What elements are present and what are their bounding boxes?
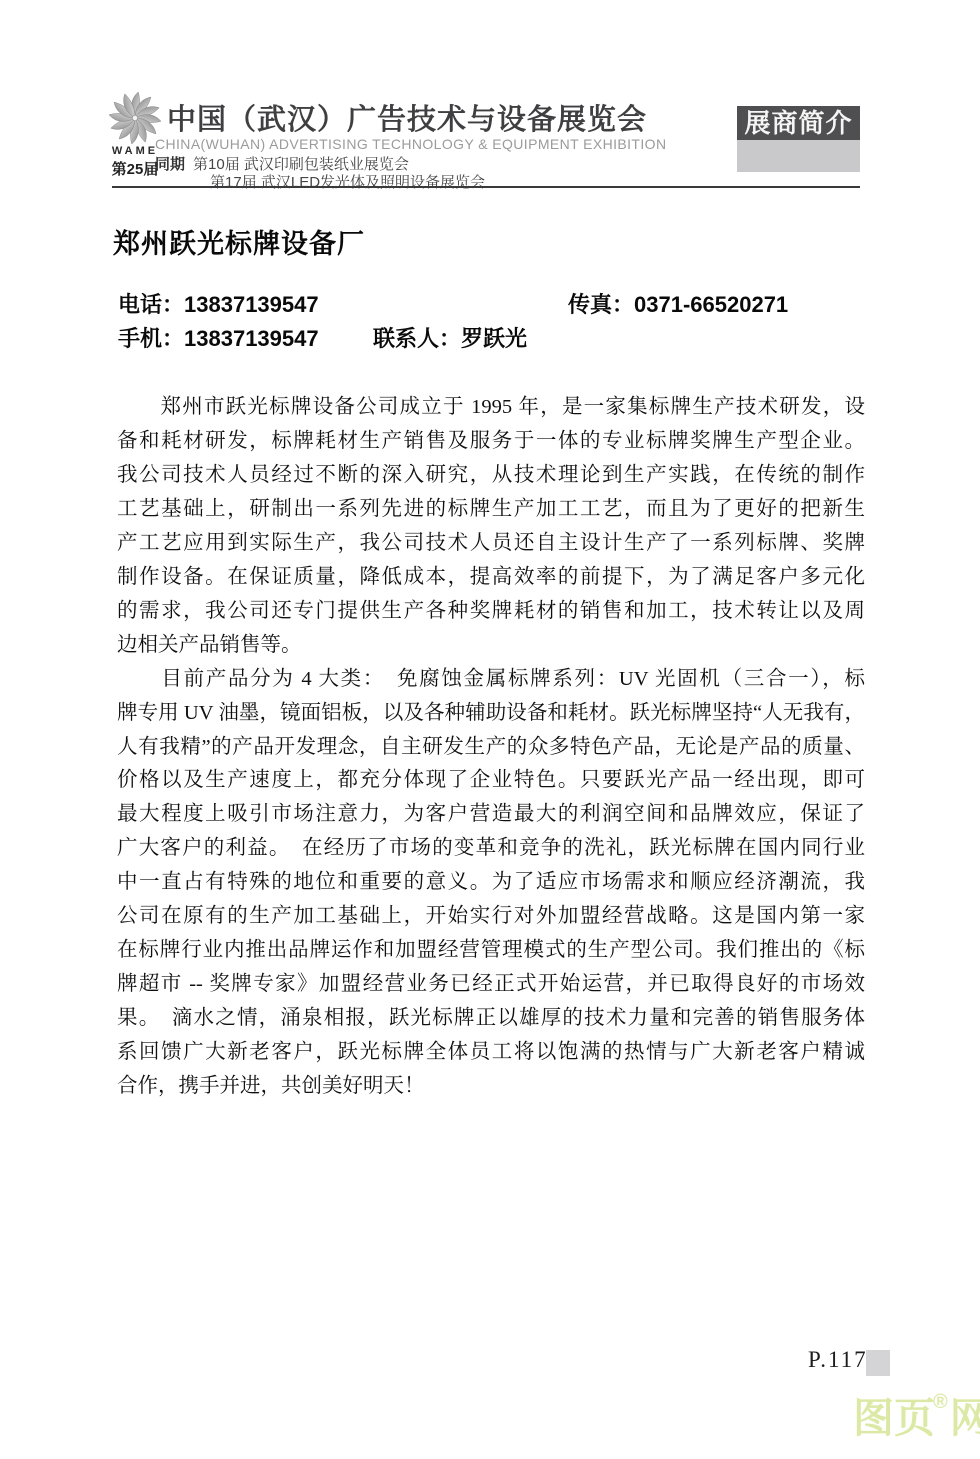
text-line: 人有我精”的产品开发理念，自主研发生产的众多特色产品，无论是产品的质量、: [117, 731, 865, 765]
concurrent-label: 同期: [155, 156, 185, 173]
pinwheel-logo-icon: [109, 92, 161, 144]
text-line: 工艺基础上，研制出一系列先进的标牌生产加工工艺，而且为了更好的把新生: [117, 493, 865, 527]
text-line: 的需求，我公司还专门提供生产各种奖牌耗材的销售和加工，技术转让以及周: [117, 595, 865, 629]
contact-person-row: 联系人：罗跃光: [373, 322, 527, 353]
page-number-marker: [866, 1350, 890, 1376]
fax-value: 0371-66520271: [634, 292, 788, 317]
mobile-value: 13837139547: [184, 326, 319, 351]
phone-row: 电话：13837139547: [118, 288, 319, 319]
watermark-logo: 图页®网: [853, 1398, 980, 1439]
profile-paragraph: 郑州市跃光标牌设备公司成立于 1995 年，是一家集标牌生产技术研发，设备和耗材…: [117, 391, 865, 663]
text-line: 目前产品分为 4 大类： 免腐蚀金属标牌系列：UV 光固机（三合一），标: [117, 663, 865, 697]
contact-person-value: 罗跃光: [461, 326, 527, 351]
text-line: 公司在原有的生产加工基础上，开始实行对外加盟经营战略。这是国内第一家: [117, 900, 865, 934]
exhibition-title: 中国（武汉）广告技术与设备展览会: [167, 97, 647, 138]
company-profile-text: 郑州市跃光标牌设备公司成立于 1995 年，是一家集标牌生产技术研发，设备和耗材…: [117, 391, 865, 1104]
registered-mark-icon: ®: [933, 1391, 948, 1413]
page-number: P.117: [808, 1347, 868, 1373]
text-line: 合作，携手并进，共创美好明天！: [117, 1070, 865, 1104]
text-line: 广大客户的利益。 在经历了市场的变革和竞争的洗礼，跃光标牌在国内同行业: [117, 832, 865, 866]
mobile-row: 手机：13837139547: [118, 322, 319, 353]
text-line: 产工艺应用到实际生产，我公司技术人员还自主设计生产了一系列标牌、奖牌: [117, 527, 865, 561]
fax-row: 传真：0371-66520271: [568, 288, 788, 319]
text-line: 价格以及生产速度上，都充分体现了企业特色。只要跃光产品一经出现，即可: [117, 764, 865, 798]
concurrent-event-2: 第17届 武汉LED发光体及照明设备展览会: [210, 171, 485, 192]
text-line: 果。 滴水之情，涌泉相报，跃光标牌正以雄厚的技术力量和完善的销售服务体: [117, 1002, 865, 1036]
text-line: 我公司技术人员经过不断的深入研究，从技术理论到生产实践，在传统的制作: [117, 459, 865, 493]
exhibition-subtitle-en: CHINA(WUHAN) ADVERTISING TECHNOLOGY & EQ…: [155, 136, 666, 152]
catalog-page: WAME 第25届 中国（武汉）广告技术与设备展览会 CHINA(WUHAN) …: [0, 0, 980, 1459]
text-line: 在标牌行业内推出品牌运作和加盟经营管理模式的生产型公司。我们推出的《标: [117, 934, 865, 968]
header-divider-line: [112, 186, 860, 188]
phone-label: 电话：: [118, 292, 184, 317]
text-line: 边相关产品销售等。: [117, 629, 865, 663]
text-line: 系回馈广大新老客户，跃光标牌全体员工将以饱满的热情与广大新老客户精诚: [117, 1036, 865, 1070]
text-line: 牌专用 UV 油墨，镜面铝板，以及各种辅助设备和耗材。跃光标牌坚持“人无我有，: [117, 697, 865, 731]
text-line: 制作设备。在保证质量，降低成本，提高效率的前提下，为了满足客户多元化: [117, 561, 865, 595]
text-line: 牌超市 -- 奖牌专家》加盟经营业务已经正式开始运营，并已取得良好的市场效: [117, 968, 865, 1002]
mobile-label: 手机：: [118, 326, 184, 351]
company-name: 郑州跃光标牌设备厂: [113, 222, 365, 261]
text-line: 备和耗材研发，标牌耗材生产销售及服务于一体的专业标牌奖牌生产型企业。: [117, 425, 865, 459]
exhibitor-profile-badge: 展商简介: [737, 106, 860, 172]
badge-title: 展商简介: [737, 106, 860, 140]
profile-paragraph: 目前产品分为 4 大类： 免腐蚀金属标牌系列：UV 光固机（三合一），标牌专用 …: [117, 663, 865, 1104]
text-line: 郑州市跃光标牌设备公司成立于 1995 年，是一家集标牌生产技术研发，设: [117, 391, 865, 425]
phone-value: 13837139547: [184, 292, 319, 317]
text-line: 最大程度上吸引市场注意力，为客户营造最大的利润空间和品牌效应，保证了: [117, 798, 865, 832]
fax-label: 传真：: [568, 292, 634, 317]
contact-person-label: 联系人：: [373, 326, 461, 351]
watermark-text-left: 图页: [853, 1395, 935, 1441]
watermark-text-right: 网: [950, 1395, 980, 1441]
badge-underlay: [737, 140, 860, 172]
text-line: 中一直占有特殊的地位和重要的意义。为了适应市场需求和顺应经济潮流，我: [117, 866, 865, 900]
